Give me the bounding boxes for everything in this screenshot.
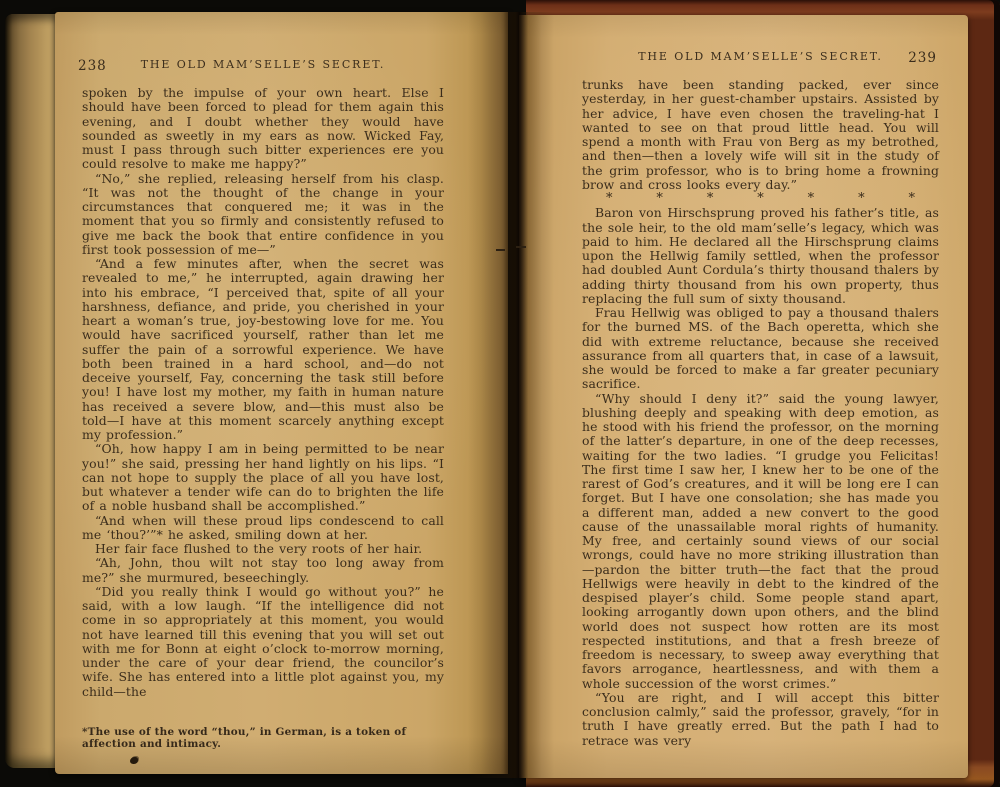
right-page-body: trunks have been standing packed, ever s… bbox=[582, 78, 939, 748]
asterisk-section-break: * * * * * * * bbox=[582, 192, 939, 206]
photo-background: 238 THE OLD MAM’SELLE’S SECRET. spoken b… bbox=[0, 0, 1000, 787]
paragraph: Baron von Hirschsprung proved his father… bbox=[582, 206, 939, 306]
paragraph: spoken by the impulse of your own heart.… bbox=[82, 86, 444, 172]
paragraph: “Ah, John, thou wilt not stay too long a… bbox=[82, 556, 444, 585]
paragraph: “You are right, and I will accept this b… bbox=[582, 691, 939, 748]
paragraph: Frau Hellwig was obliged to pay a thousa… bbox=[582, 306, 939, 392]
paragraph: “And when will these proud lips condesce… bbox=[82, 514, 444, 543]
paragraph: “And a few minutes after, when the secre… bbox=[82, 257, 444, 442]
footnote: *The use of the word “thou,” in German, … bbox=[82, 726, 444, 751]
right-running-title: THE OLD MAM’SELLE’S SECRET. bbox=[582, 50, 939, 63]
paragraph: “Did you really think I would go without… bbox=[82, 585, 444, 699]
paragraph: “No,” she replied, releasing herself fro… bbox=[82, 172, 444, 258]
paragraph: “Oh, how happy I am in being permitted t… bbox=[82, 442, 444, 513]
right-page-content: THE OLD MAM’SELLE’S SECRET. 239 trunks h… bbox=[582, 50, 939, 748]
left-page-body: spoken by the impulse of your own heart.… bbox=[82, 86, 444, 699]
paragraph: Her fair face flushed to the very roots … bbox=[82, 542, 444, 556]
left-page-header: 238 THE OLD MAM’SELLE’S SECRET. bbox=[82, 58, 444, 76]
right-page-number: 239 bbox=[908, 50, 937, 66]
paragraph: trunks have been standing packed, ever s… bbox=[582, 78, 939, 192]
left-running-title: THE OLD MAM’SELLE’S SECRET. bbox=[82, 58, 444, 71]
left-page-number: 238 bbox=[78, 58, 107, 74]
ink-blot-mark bbox=[130, 757, 138, 764]
right-page-header: THE OLD MAM’SELLE’S SECRET. 239 bbox=[582, 50, 939, 68]
left-page-content: 238 THE OLD MAM’SELLE’S SECRET. spoken b… bbox=[82, 58, 444, 764]
paragraph: “Why should I deny it?” said the young l… bbox=[582, 392, 939, 691]
stacked-page-edges bbox=[5, 14, 59, 768]
